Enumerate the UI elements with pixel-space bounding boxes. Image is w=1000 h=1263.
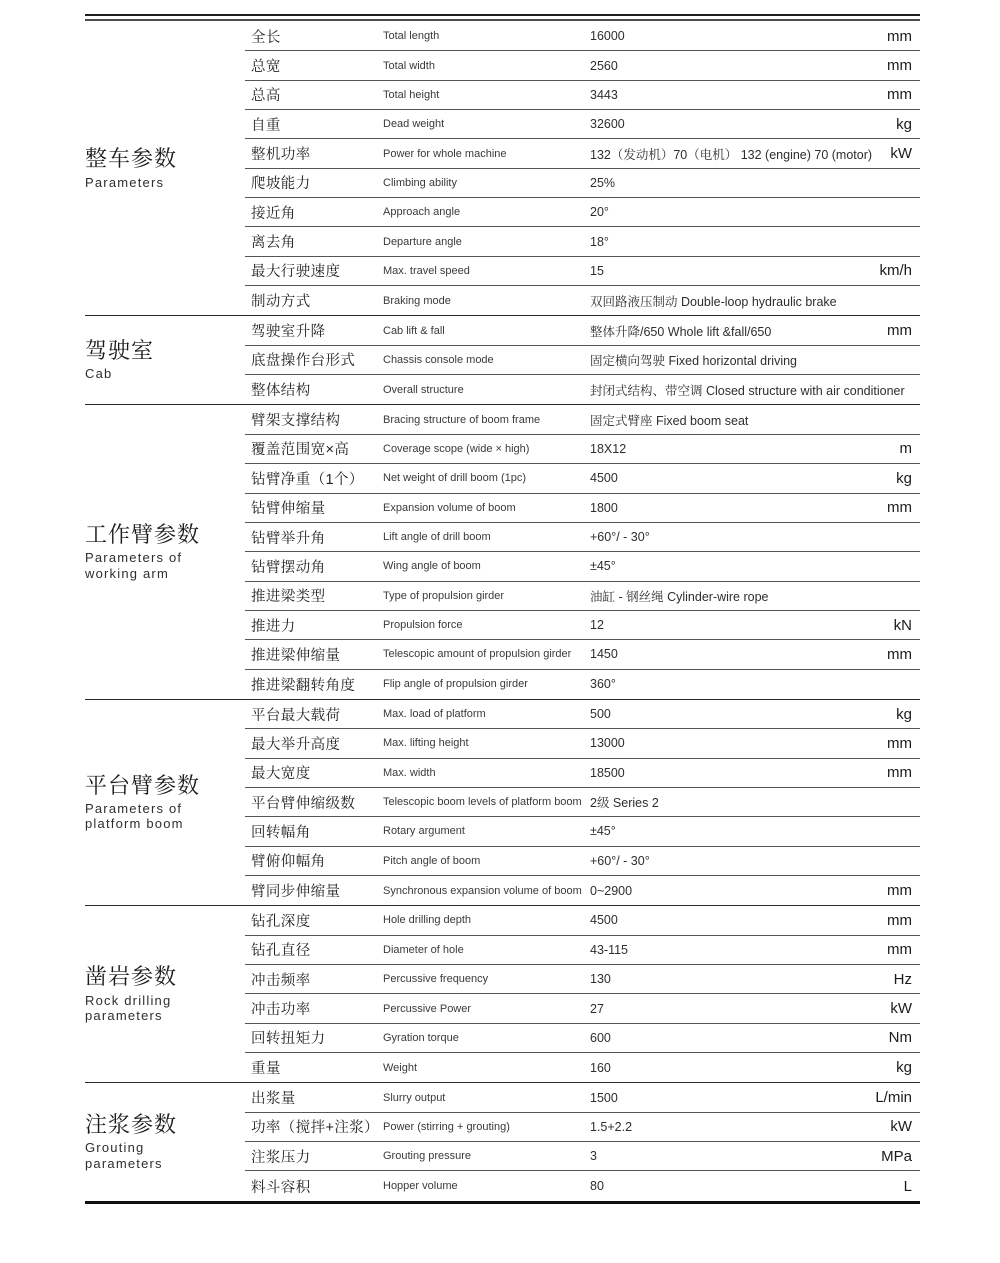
section-rows: 钻孔深度Hole drilling depth4500mm钻孔直径Diamete… (245, 906, 920, 1082)
param-value: 4500 (590, 471, 886, 485)
param-value: 18X12 (590, 442, 886, 456)
param-name-cn: 总高 (245, 84, 383, 105)
param-name-en: Power for whole machine (383, 148, 590, 160)
param-value: 3443 (590, 88, 886, 102)
section-title-en: Grouting parameters (85, 1140, 245, 1171)
param-value: ±45° (590, 824, 886, 838)
section-rows: 全长Total length16000mm总宽Total width2560mm… (245, 22, 920, 315)
param-name-cn: 平台最大载荷 (245, 704, 383, 725)
spec-row: 冲击功率Percussive Power27kW (245, 994, 920, 1023)
spec-row: 接近角Approach angle20° (245, 198, 920, 227)
section: 凿岩参数Rock drilling parameters钻孔深度Hole dri… (85, 906, 920, 1083)
spec-row: 臂俯仰幅角Pitch angle of boom+60°/ - 30° (245, 847, 920, 876)
param-value: 43-115 (590, 943, 886, 957)
param-unit: kg (886, 116, 920, 133)
param-name-cn: 功率（搅拌+注浆） (245, 1116, 383, 1137)
spec-row: 平台最大载荷Max. load of platform500kg (245, 700, 920, 729)
spec-row: 爬坡能力Climbing ability25% (245, 169, 920, 198)
param-name-cn: 驾驶室升降 (245, 320, 383, 341)
spec-row: 全长Total length16000mm (245, 22, 920, 51)
param-name-cn: 覆盖范围宽×高 (245, 438, 383, 459)
param-unit: mm (886, 499, 920, 516)
param-name-cn: 整体结构 (245, 379, 383, 400)
section-title-cn: 平台臂参数 (85, 774, 245, 798)
param-name-en: Telescopic boom levels of platform boom (383, 796, 590, 808)
spec-row: 总高Total height3443mm (245, 81, 920, 110)
spec-row: 钻臂伸缩量Expansion volume of boom1800mm (245, 494, 920, 523)
param-value: 32600 (590, 117, 886, 131)
param-name-en: Percussive frequency (383, 973, 590, 985)
param-name-en: Cab lift & fall (383, 325, 590, 337)
section-title-cn: 工作臂参数 (85, 523, 245, 547)
param-unit: kg (886, 706, 920, 723)
spec-row: 钻孔直径Diameter of hole43-115mm (245, 936, 920, 965)
spec-row: 出浆量Slurry output1500L/min (245, 1083, 920, 1112)
param-unit: Nm (886, 1029, 920, 1046)
param-unit: mm (886, 57, 920, 74)
spec-row: 总宽Total width2560mm (245, 51, 920, 80)
spec-row: 制动方式Braking mode双回路液压制动 Double-loop hydr… (245, 286, 920, 315)
param-name-cn: 爬坡能力 (245, 172, 383, 193)
param-name-en: Slurry output (383, 1092, 590, 1104)
param-name-cn: 臂俯仰幅角 (245, 850, 383, 871)
spec-row: 驾驶室升降Cab lift & fall整体升降/650 Whole lift … (245, 316, 920, 345)
param-name-en: Max. load of platform (383, 708, 590, 720)
param-value: 600 (590, 1031, 886, 1045)
section-title-cn: 凿岩参数 (85, 965, 245, 989)
section-label: 工作臂参数Parameters of working arm (85, 405, 245, 698)
param-value: 27 (590, 1002, 886, 1016)
spec-row: 整机功率Power for whole machine132（发动机）70（电机… (245, 139, 920, 168)
section-rows: 驾驶室升降Cab lift & fall整体升降/650 Whole lift … (245, 316, 920, 404)
param-value: 0~2900 (590, 884, 886, 898)
param-name-cn: 制动方式 (245, 290, 383, 311)
param-value: 1450 (590, 647, 886, 661)
param-value: 15 (590, 264, 879, 278)
spec-row: 最大举升高度Max. lifting height13000mm (245, 729, 920, 758)
param-name-en: Hopper volume (383, 1180, 590, 1192)
param-value: 130 (590, 972, 886, 986)
spec-row: 钻孔深度Hole drilling depth4500mm (245, 906, 920, 935)
spec-row: 推进力Propulsion force12kN (245, 611, 920, 640)
param-unit: Hz (886, 971, 920, 988)
param-name-cn: 钻孔深度 (245, 910, 383, 931)
spec-row: 钻臂净重（1个）Net weight of drill boom (1pc)45… (245, 464, 920, 493)
param-name-en: Max. travel speed (383, 265, 590, 277)
param-name-cn: 整机功率 (245, 143, 383, 164)
param-unit: mm (886, 941, 920, 958)
param-name-en: Total width (383, 60, 590, 72)
section-title-en: Rock drilling parameters (85, 993, 245, 1024)
param-name-en: Braking mode (383, 295, 590, 307)
param-unit: kW (886, 1118, 920, 1135)
param-unit: mm (886, 646, 920, 663)
param-name-en: Propulsion force (383, 619, 590, 631)
param-name-cn: 底盘操作台形式 (245, 349, 383, 370)
param-name-en: Hole drilling depth (383, 914, 590, 926)
param-name-cn: 推进梁类型 (245, 585, 383, 606)
param-unit: mm (886, 28, 920, 45)
param-name-en: Climbing ability (383, 177, 590, 189)
spec-row: 推进梁类型Type of propulsion girder油缸 - 钢丝绳 C… (245, 582, 920, 611)
param-name-en: Rotary argument (383, 825, 590, 837)
param-value: 360° (590, 677, 886, 691)
param-name-cn: 回转扭矩力 (245, 1027, 383, 1048)
param-value: 2560 (590, 59, 886, 73)
param-name-en: Expansion volume of boom (383, 502, 590, 514)
param-name-en: Synchronous expansion volume of boom (383, 885, 590, 897)
section-title-en: Parameters of working arm (85, 550, 245, 581)
param-name-en: Max. lifting height (383, 737, 590, 749)
param-name-cn: 臂同步伸缩量 (245, 880, 383, 901)
param-name-cn: 注浆压力 (245, 1146, 383, 1167)
param-unit: mm (886, 764, 920, 781)
section: 驾驶室Cab驾驶室升降Cab lift & fall整体升降/650 Whole… (85, 316, 920, 405)
param-name-cn: 钻孔直径 (245, 939, 383, 960)
param-name-en: Power (stirring + grouting) (383, 1121, 590, 1133)
top-double-rule (85, 14, 920, 21)
param-unit: kg (886, 470, 920, 487)
section: 平台臂参数Parameters of platform boom平台最大载荷Ma… (85, 700, 920, 906)
param-value: ±45° (590, 559, 886, 573)
section-rows: 出浆量Slurry output1500L/min功率（搅拌+注浆）Power … (245, 1083, 920, 1200)
param-name-cn: 全长 (245, 26, 383, 47)
section-rows: 臂架支撑结构Bracing structure of boom frame固定式… (245, 405, 920, 698)
spec-row: 冲击频率Percussive frequency130Hz (245, 965, 920, 994)
param-unit: kW (886, 145, 920, 162)
param-name-cn: 推进梁翻转角度 (245, 674, 383, 695)
spec-row: 回转扭矩力Gyration torque600Nm (245, 1024, 920, 1053)
param-name-cn: 料斗容积 (245, 1176, 383, 1197)
param-value: 13000 (590, 736, 886, 750)
spec-row: 平台臂伸缩级数Telescopic boom levels of platfor… (245, 788, 920, 817)
param-name-cn: 重量 (245, 1057, 383, 1078)
spec-row: 重量Weight160kg (245, 1053, 920, 1082)
section: 注浆参数Grouting parameters出浆量Slurry output1… (85, 1083, 920, 1203)
param-name-en: Net weight of drill boom (1pc) (383, 472, 590, 484)
section-title-en: Parameters (85, 175, 245, 190)
param-name-en: Grouting pressure (383, 1150, 590, 1162)
param-name-en: Percussive Power (383, 1003, 590, 1015)
page: { "table": { "sections": [ { "title_cn":… (0, 0, 1000, 1263)
param-name-en: Max. width (383, 767, 590, 779)
param-unit: L (886, 1178, 920, 1195)
param-value: 132（发动机）70（电机） 132 (engine) 70 (motor) (590, 145, 886, 163)
spec-row: 钻臂举升角Lift angle of drill boom+60°/ - 30° (245, 523, 920, 552)
spec-row: 推进梁翻转角度Flip angle of propulsion girder36… (245, 670, 920, 699)
param-value: 1500 (590, 1091, 875, 1105)
param-unit: mm (886, 912, 920, 929)
param-value: 12 (590, 618, 886, 632)
param-name-en: Type of propulsion girder (383, 590, 590, 602)
param-unit: mm (886, 322, 920, 339)
param-name-en: Weight (383, 1062, 590, 1074)
param-value: +60°/ - 30° (590, 854, 886, 868)
param-name-cn: 出浆量 (245, 1087, 383, 1108)
spec-row: 注浆压力Grouting pressure3MPa (245, 1142, 920, 1171)
param-name-cn: 冲击功率 (245, 998, 383, 1019)
param-value: 500 (590, 707, 886, 721)
param-name-en: Total length (383, 30, 590, 42)
param-unit: kg (886, 1059, 920, 1076)
param-name-en: Coverage scope (wide × high) (383, 443, 590, 455)
param-value: 1800 (590, 501, 886, 515)
spec-row: 推进梁伸缩量Telescopic amount of propulsion gi… (245, 640, 920, 669)
param-value: 固定式臂座 Fixed boom seat (590, 411, 886, 429)
param-value: 双回路液压制动 Double-loop hydraulic brake (590, 292, 886, 310)
param-unit: km/h (879, 262, 920, 279)
param-value: 160 (590, 1061, 886, 1075)
param-unit: mm (886, 882, 920, 899)
param-unit: kN (886, 617, 920, 634)
param-name-cn: 钻臂伸缩量 (245, 497, 383, 518)
param-name-en: Bracing structure of boom frame (383, 414, 590, 426)
param-name-cn: 臂架支撑结构 (245, 409, 383, 430)
param-unit: mm (886, 86, 920, 103)
spec-row: 最大行驶速度Max. travel speed15km/h (245, 257, 920, 286)
param-name-en: Chassis console mode (383, 354, 590, 366)
param-value: 固定横向驾驶 Fixed horizontal driving (590, 351, 886, 369)
section: 整车参数Parameters全长Total length16000mm总宽Tot… (85, 22, 920, 316)
param-name-cn: 平台臂伸缩级数 (245, 792, 383, 813)
spec-row: 底盘操作台形式Chassis console mode固定横向驾驶 Fixed … (245, 346, 920, 375)
section-label: 凿岩参数Rock drilling parameters (85, 906, 245, 1082)
param-value: 25% (590, 176, 886, 190)
param-name-en: Flip angle of propulsion girder (383, 678, 590, 690)
spec-row: 臂同步伸缩量Synchronous expansion volume of bo… (245, 876, 920, 905)
param-name-cn: 自重 (245, 114, 383, 135)
param-name-en: Wing angle of boom (383, 560, 590, 572)
param-value: 1.5+2.2 (590, 1120, 886, 1134)
param-name-cn: 推进梁伸缩量 (245, 644, 383, 665)
spec-row: 钻臂摆动角Wing angle of boom±45° (245, 552, 920, 581)
param-value: 18° (590, 235, 886, 249)
spec-table: 整车参数Parameters全长Total length16000mm总宽Tot… (85, 14, 920, 1204)
section-title-cn: 驾驶室 (85, 339, 245, 363)
param-name-en: Dead weight (383, 118, 590, 130)
param-name-cn: 离去角 (245, 231, 383, 252)
param-name-cn: 总宽 (245, 55, 383, 76)
param-unit: MPa (881, 1148, 920, 1165)
param-value: 20° (590, 205, 886, 219)
param-value: 80 (590, 1179, 886, 1193)
section-title-en: Parameters of platform boom (85, 801, 245, 832)
param-value: 3 (590, 1149, 881, 1163)
param-name-cn: 回转幅角 (245, 821, 383, 842)
param-value: 油缸 - 钢丝绳 Cylinder-wire rope (590, 587, 886, 605)
param-value: 封闭式结构、带空调 Closed structure with air cond… (590, 381, 905, 399)
section-title-cn: 注浆参数 (85, 1113, 245, 1137)
param-name-en: Total height (383, 89, 590, 101)
spec-row: 功率（搅拌+注浆）Power (stirring + grouting)1.5+… (245, 1113, 920, 1142)
spec-row: 覆盖范围宽×高Coverage scope (wide × high)18X12… (245, 435, 920, 464)
spec-row: 料斗容积Hopper volume80L (245, 1171, 920, 1200)
spec-row: 自重Dead weight32600kg (245, 110, 920, 139)
param-unit: m (886, 440, 920, 457)
param-name-cn: 最大举升高度 (245, 733, 383, 754)
param-name-cn: 钻臂摆动角 (245, 556, 383, 577)
param-name-en: Pitch angle of boom (383, 855, 590, 867)
spec-row: 离去角Departure angle18° (245, 227, 920, 256)
spec-row: 回转幅角Rotary argument±45° (245, 817, 920, 846)
section: 工作臂参数Parameters of working arm臂架支撑结构Brac… (85, 405, 920, 699)
param-name-cn: 接近角 (245, 202, 383, 223)
spec-row: 最大宽度Max. width18500mm (245, 759, 920, 788)
section-title-en: Cab (85, 366, 245, 381)
param-name-en: Gyration torque (383, 1032, 590, 1044)
param-value: 16000 (590, 29, 886, 43)
param-name-cn: 最大行驶速度 (245, 260, 383, 281)
param-name-cn: 钻臂净重（1个） (245, 468, 383, 489)
param-name-en: Approach angle (383, 206, 590, 218)
param-value: +60°/ - 30° (590, 530, 886, 544)
param-name-cn: 推进力 (245, 615, 383, 636)
param-name-cn: 最大宽度 (245, 762, 383, 783)
section-label: 驾驶室Cab (85, 316, 245, 404)
param-name-en: Lift angle of drill boom (383, 531, 590, 543)
section-label: 整车参数Parameters (85, 22, 245, 315)
param-unit: mm (886, 735, 920, 752)
param-value: 4500 (590, 913, 886, 927)
param-name-en: Telescopic amount of propulsion girder (383, 648, 590, 660)
param-name-en: Departure angle (383, 236, 590, 248)
section-label: 注浆参数Grouting parameters (85, 1083, 245, 1200)
section-rows: 平台最大载荷Max. load of platform500kg最大举升高度Ma… (245, 700, 920, 905)
param-name-cn: 钻臂举升角 (245, 527, 383, 548)
param-name-en: Overall structure (383, 384, 590, 396)
spec-row: 整体结构Overall structure封闭式结构、带空调 Closed st… (245, 375, 920, 404)
section-label: 平台臂参数Parameters of platform boom (85, 700, 245, 905)
param-name-cn: 冲击频率 (245, 969, 383, 990)
param-unit: L/min (875, 1089, 920, 1106)
param-value: 整体升降/650 Whole lift &fall/650 (590, 322, 886, 340)
param-unit: kW (886, 1000, 920, 1017)
param-value: 2级 Series 2 (590, 793, 886, 811)
section-title-cn: 整车参数 (85, 147, 245, 171)
spec-row: 臂架支撑结构Bracing structure of boom frame固定式… (245, 405, 920, 434)
param-name-en: Diameter of hole (383, 944, 590, 956)
param-value: 18500 (590, 766, 886, 780)
